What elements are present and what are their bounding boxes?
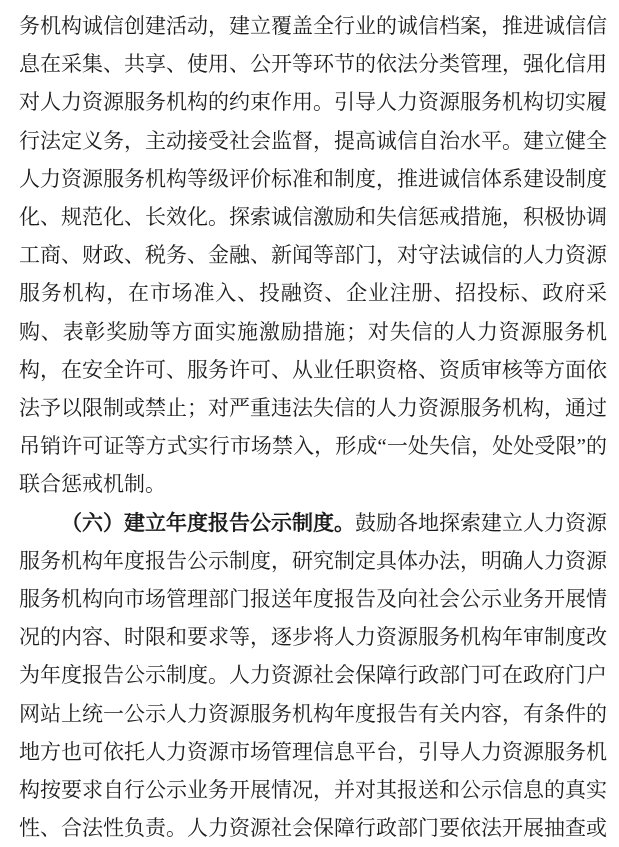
document-page: 务机构诚信创建活动，建立覆盖全行业的诚信档案，推进诚信信息在采集、共享、使用、公…	[0, 0, 619, 847]
paragraph-text: 务机构诚信创建活动，建立覆盖全行业的诚信档案，推进诚信信息在采集、共享、使用、公…	[19, 14, 607, 496]
document-text-block: 务机构诚信创建活动，建立覆盖全行业的诚信档案，推进诚信信息在采集、共享、使用、公…	[19, 0, 607, 847]
paragraph: 务机构诚信创建活动，建立覆盖全行业的诚信档案，推进诚信信息在采集、共享、使用、公…	[19, 7, 607, 504]
paragraph-text: 鼓励各地探索建立人力资源服务机构年度报告公示制度，研究制定具体办法，明确人力资源…	[19, 511, 607, 841]
paragraph: （六）建立年度报告公示制度。鼓励各地探索建立人力资源服务机构年度报告公示制度，研…	[19, 504, 607, 847]
section-heading: （六）建立年度报告公示制度。	[61, 511, 355, 535]
